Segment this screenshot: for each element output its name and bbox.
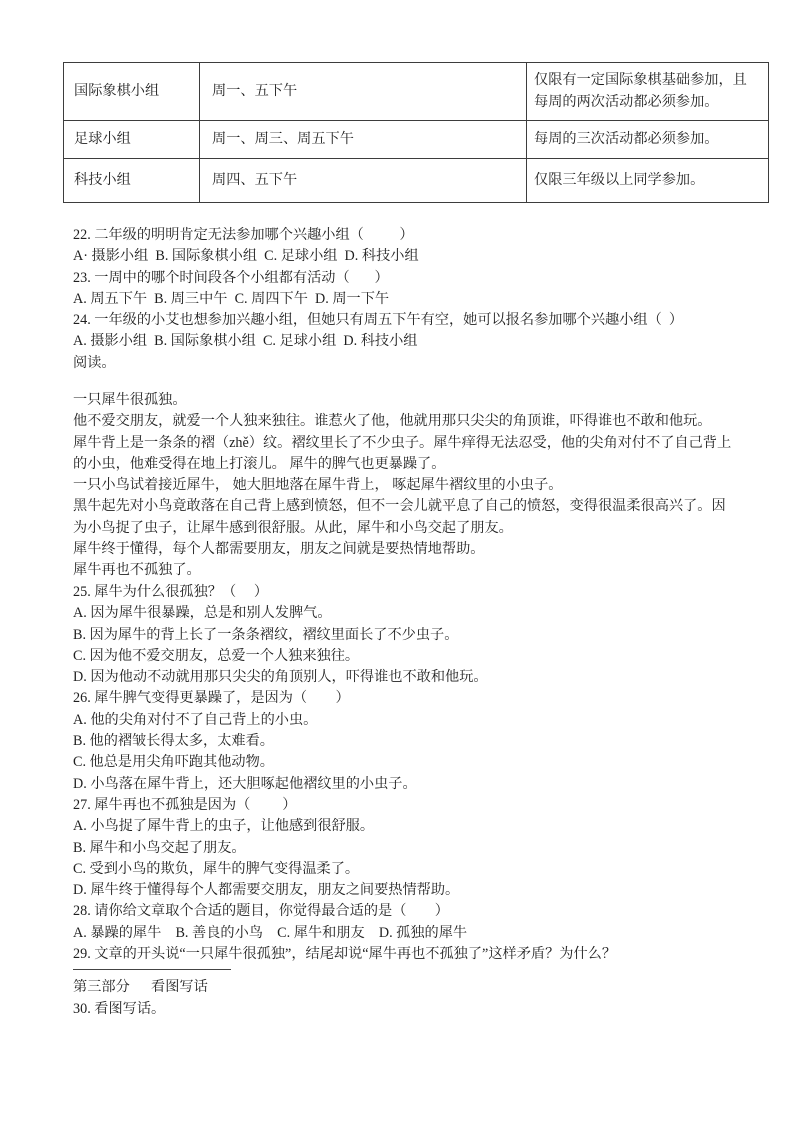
group-time: 周一、五下午: [212, 83, 297, 99]
passage-line: 他不爱交朋友，就爱一个人独来独往。谁惹火了他，他就用那只尖尖的角顶谁，吓得谁也不…: [73, 411, 731, 432]
answer-blank-line: [73, 969, 231, 970]
group-note-cell: 仅限有一定国际象棋基础参加，且 每周的两次活动都必须参加。: [527, 63, 769, 121]
passage-block: 一只犀牛很孤独。 他不爱交朋友，就爱一个人独来独往。谁惹火了他，他就用那只尖尖的…: [73, 390, 731, 582]
group-name: 国际象棋小组: [74, 83, 159, 99]
question-23-options: A. 周五下午 B. 周三中午 C. 周四下午 D. 周一下午: [73, 289, 683, 310]
group-note-line: 仅限三年级以上同学参加。: [534, 170, 764, 191]
passage-line: 犀牛背上是一条条的褶（zhě）纹。褶纹里长了不少虫子。犀牛痒得无法忍受，他的尖角…: [73, 433, 731, 454]
question-27-option-c: C. 受到小鸟的欺负，犀牛的脾气变得温柔了。: [73, 859, 616, 880]
question-28-options: A. 暴躁的犀牛 B. 善良的小鸟 C. 犀牛和朋友 D. 孤独的犀牛: [73, 923, 616, 944]
question-26-option-a: A. 他的尖角对付不了自己背上的小虫。: [73, 710, 616, 731]
activity-table: 国际象棋小组 周一、五下午 仅限有一定国际象棋基础参加，且 每周的两次活动都必须…: [63, 62, 769, 203]
question-25-stem: 25. 犀牛为什么很孤独？（ ）: [73, 582, 616, 603]
question-26-option-d: D. 小鸟落在犀牛背上，还大胆啄起他褶纹里的小虫子。: [73, 774, 616, 795]
exam-page: 国际象棋小组 周一、五下午 仅限有一定国际象棋基础参加，且 每周的两次活动都必须…: [0, 0, 793, 1122]
questions-25-29-block: 25. 犀牛为什么很孤独？（ ） A. 因为犀牛很暴躁，总是和别人发脾气。 B.…: [73, 582, 616, 965]
question-28-stem: 28. 请你给文章取个合适的题目，你觉得最合适的是（ ）: [73, 901, 616, 922]
question-27-option-a: A. 小鸟捉了犀牛背上的虫子，让他感到很舒服。: [73, 816, 616, 837]
question-27-stem: 27. 犀牛再也不孤独是因为（ ）: [73, 795, 616, 816]
question-26-option-c: C. 他总是用尖角吓跑其他动物。: [73, 752, 616, 773]
question-22-options: A· 摄影小组 B. 国际象棋小组 C. 足球小组 D. 科技小组: [73, 246, 683, 267]
question-25-option-d: D. 因为他动不动就用那只尖尖的角顶别人，吓得谁也不敢和他玩。: [73, 667, 616, 688]
questions-22-24-block: 22. 二年级的明明肯定无法参加哪个兴趣小组（ ） A· 摄影小组 B. 国际象…: [73, 225, 683, 374]
question-26-option-b: B. 他的褶皱长得太多，太难看。: [73, 731, 616, 752]
question-24-stem: 24. 一年级的小艾也想参加兴趣小组，但她只有周五下午有空，她可以报名参加哪个兴…: [73, 310, 683, 331]
group-time-cell: 周一、周三、周五下午: [200, 121, 527, 159]
passage-line: 为小鸟捉了虫子，让犀牛感到很舒服。从此，犀牛和小鸟交起了朋友。: [73, 518, 731, 539]
passage-line: 一只小鸟试着接近犀牛， 她大胆地落在犀牛背上， 啄起犀牛褶纹里的小虫子。: [73, 475, 731, 496]
question-25-option-c: C. 因为他不爱交朋友，总爱一个人独来独往。: [73, 646, 616, 667]
table-row: 国际象棋小组 周一、五下午 仅限有一定国际象棋基础参加，且 每周的两次活动都必须…: [64, 63, 769, 121]
passage-line: 犀牛终于懂得，每个人都需要朋友，朋友之间就是要热情地帮助。: [73, 539, 731, 560]
group-note-line: 每周的三次活动都必须参加。: [534, 129, 764, 150]
group-name: 科技小组: [74, 172, 131, 188]
question-25-option-b: B. 因为犀牛的背上长了一条条褶纹，褶纹里面长了不少虫子。: [73, 625, 616, 646]
group-name-cell: 国际象棋小组: [64, 63, 200, 121]
passage-line: 黑牛起先对小鸟竟敢落在自己背上感到愤怒，但不一会儿就平息了自己的愤怒，变得很温柔…: [73, 496, 731, 517]
table-row: 足球小组 周一、周三、周五下午 每周的三次活动都必须参加。: [64, 121, 769, 159]
question-29-stem: 29. 文章的开头说“一只犀牛很孤独”，结尾却说“犀牛再也不孤独了”这样矛盾？为…: [73, 944, 616, 965]
group-name-cell: 科技小组: [64, 159, 200, 203]
group-note-cell: 仅限三年级以上同学参加。: [527, 159, 769, 203]
question-24-options: A. 摄影小组 B. 国际象棋小组 C. 足球小组 D. 科技小组: [73, 331, 683, 352]
question-27-option-d: D. 犀牛终于懂得每个人都需要交朋友，朋友之间要热情帮助。: [73, 880, 616, 901]
passage-line: 的小虫，他难受得在地上打滚儿。 犀牛的脾气也更暴躁了。: [73, 454, 731, 475]
group-note-line: 仅限有一定国际象棋基础参加，且: [534, 70, 764, 91]
passage-line: 一只犀牛很孤独。: [73, 390, 731, 411]
group-time-cell: 周一、五下午: [200, 63, 527, 121]
group-time: 周一、周三、周五下午: [212, 131, 354, 147]
group-name: 足球小组: [74, 131, 131, 147]
question-23-stem: 23. 一周中的哪个时间段各个小组都有活动（ ）: [73, 268, 683, 289]
question-27-option-b: B. 犀牛和小鸟交起了朋友。: [73, 838, 616, 859]
reading-label: 阅读。: [73, 353, 683, 374]
group-note-cell: 每周的三次活动都必须参加。: [527, 121, 769, 159]
table-row: 科技小组 周四、五下午 仅限三年级以上同学参加。: [64, 159, 769, 203]
question-25-option-a: A. 因为犀牛很暴躁，总是和别人发脾气。: [73, 603, 616, 624]
group-time-cell: 周四、五下午: [200, 159, 527, 203]
group-name-cell: 足球小组: [64, 121, 200, 159]
question-30-stem: 30. 看图写话。: [73, 999, 165, 1020]
question-22-stem: 22. 二年级的明明肯定无法参加哪个兴趣小组（ ）: [73, 225, 683, 246]
part-3-heading: 第三部分 看图写话: [73, 977, 208, 998]
group-time: 周四、五下午: [212, 172, 297, 188]
question-26-stem: 26. 犀牛脾气变得更暴躁了，是因为（ ）: [73, 688, 616, 709]
group-note-line: 每周的两次活动都必须参加。: [534, 92, 764, 113]
passage-line: 犀牛再也不孤独了。: [73, 560, 731, 581]
